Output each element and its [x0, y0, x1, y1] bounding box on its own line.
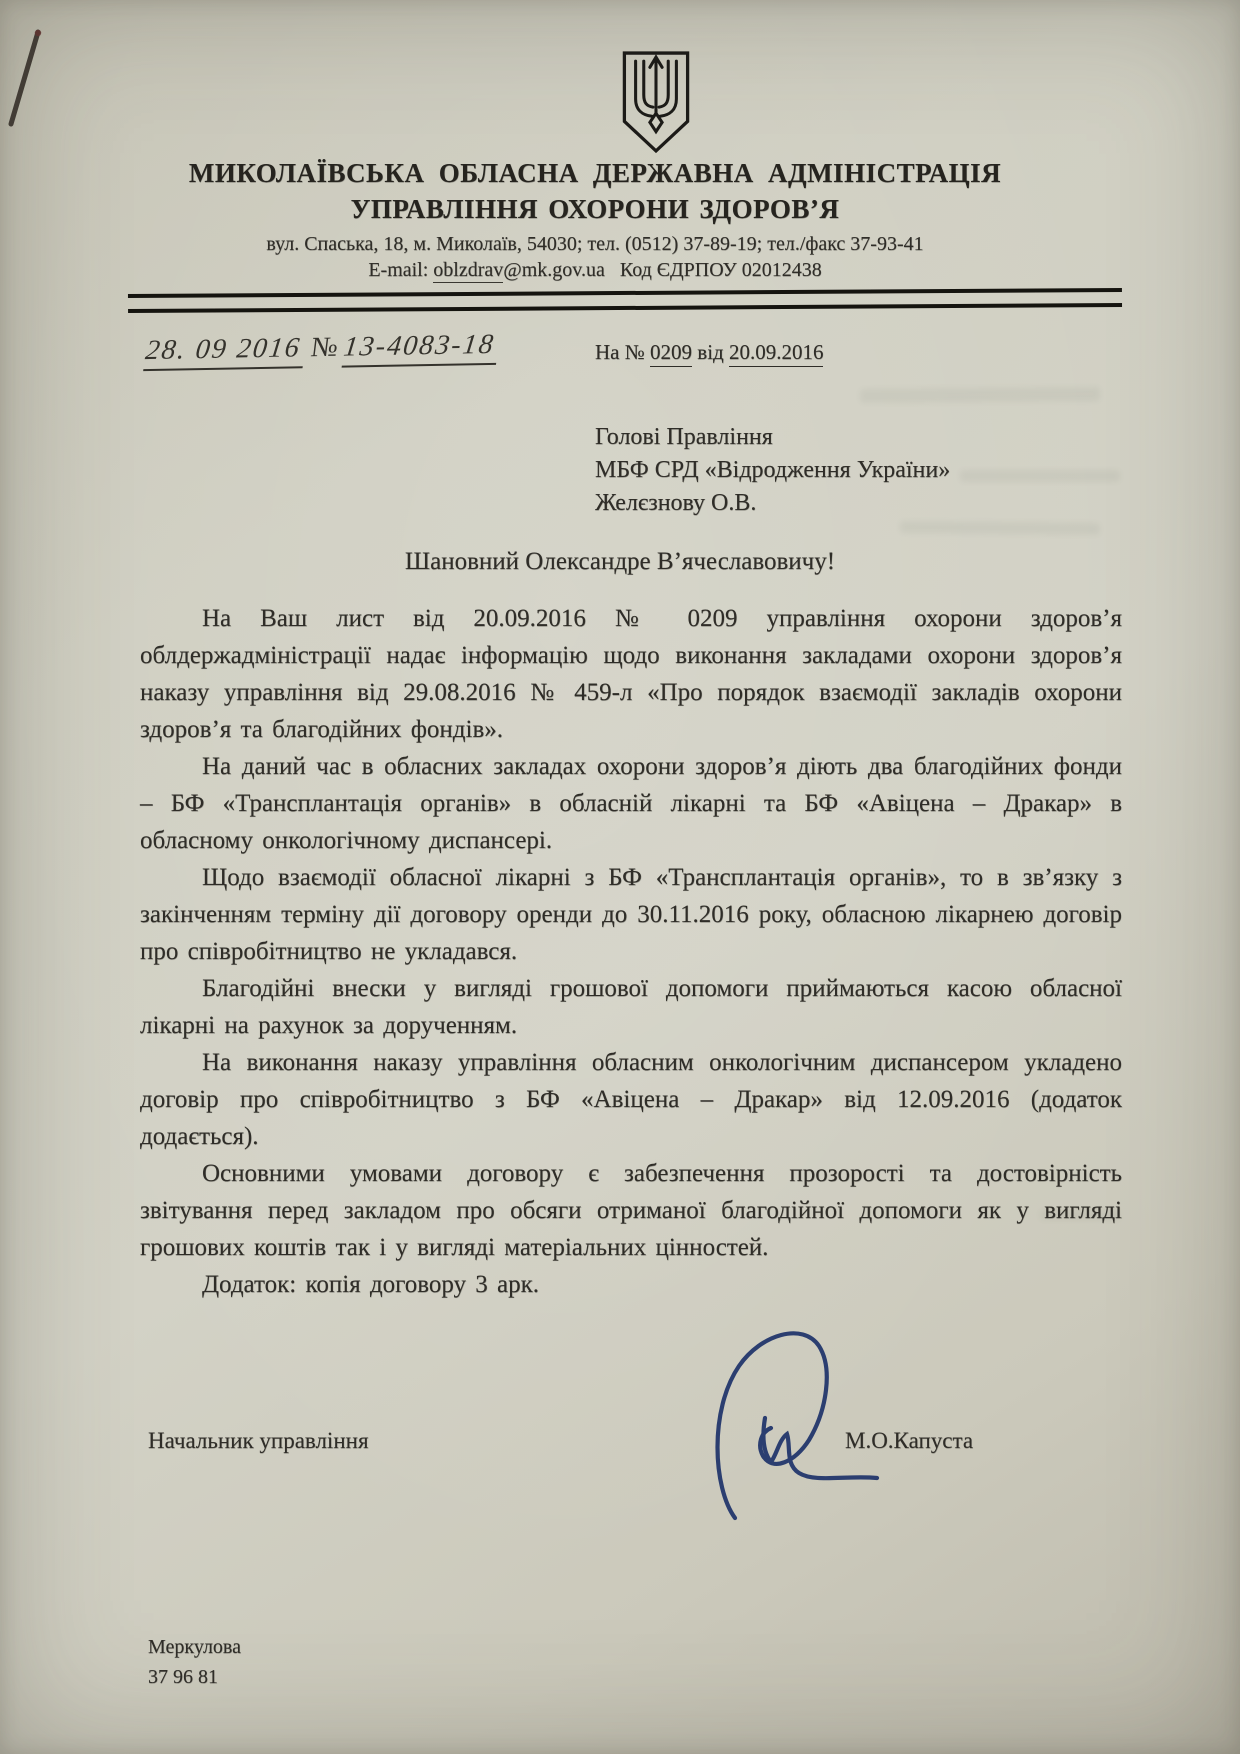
bleed-through-artifact — [860, 387, 1100, 403]
recipient-block: Голові Правління МБФ СРД «Відродження Ук… — [595, 421, 950, 520]
edrpou-value: 02012438 — [742, 259, 822, 281]
pen-mark-icon — [2, 24, 50, 134]
recipient-line: МБФ СРД «Відродження України» — [595, 454, 950, 487]
outgoing-number: 13-4083-18 — [341, 329, 500, 368]
header-divider — [128, 288, 1122, 313]
scanned-letter-page: МИКОЛАЇВСЬКА ОБЛАСНА ДЕРЖАВНА АДМІНІСТРА… — [0, 0, 1240, 1754]
body-paragraph: Благодійні внески у вигляді грошової доп… — [140, 970, 1122, 1044]
numero-sign: № — [303, 332, 346, 364]
incoming-vid: від — [697, 340, 723, 364]
incoming-reference: На № 0209 від 20.09.2016 — [595, 340, 823, 365]
org-name-line1: МИКОЛАЇВСЬКА ОБЛАСНА ДЕРЖАВНА АДМІНІСТРА… — [70, 158, 1120, 189]
org-address-line: вул. Спаська, 18, м. Миколаїв, 54030; те… — [70, 233, 1120, 256]
body-paragraph: Щодо взаємодії обласної лікарні з БФ «Тр… — [140, 859, 1122, 970]
bleed-through-artifact — [1040, 1210, 1120, 1220]
email-label: E-mail: — [368, 259, 428, 281]
attachment-line: Додаток: копія договору 3 арк. — [140, 1266, 1122, 1303]
signoff-position: Начальник управління — [148, 1428, 369, 1454]
executor-name: Меркулова — [148, 1636, 241, 1659]
signoff-name: М.О.Капуста — [845, 1428, 973, 1454]
ukraine-trident-emblem-icon — [620, 50, 692, 154]
outgoing-date: 28. 09 2016 — [143, 332, 307, 371]
body-paragraph: На Ваш лист від 20.09.2016 № 0209 управл… — [140, 600, 1122, 748]
bleed-through-artifact — [960, 470, 1120, 482]
bleed-through-artifact — [900, 521, 1100, 535]
handwritten-signature-icon — [705, 1326, 890, 1521]
email-user: oblzdrav — [433, 259, 503, 283]
incoming-number: 0209 — [650, 340, 692, 367]
org-contact-line: E-mail: oblzdrav@mk.gov.ua Код ЄДРПОУ 02… — [70, 259, 1120, 282]
executor-phone: 37 96 81 — [148, 1666, 218, 1689]
body-paragraph: На даний час в обласних закладах охорони… — [140, 748, 1122, 859]
incoming-label: На № — [595, 340, 645, 364]
edrpou-label: Код ЄДРПОУ — [620, 259, 737, 281]
email-domain: @mk.gov.ua — [503, 259, 605, 281]
org-name-line2: УПРАВЛІННЯ ОХОРОНИ ЗДОРОВ’Я — [70, 194, 1120, 225]
recipient-line: Голові Правління — [595, 421, 950, 454]
recipient-line: Желєзнову О.В. — [595, 487, 950, 520]
incoming-date: 20.09.2016 — [729, 340, 824, 367]
body-paragraph: На виконання наказу управління обласним … — [140, 1044, 1122, 1155]
salutation: Шановний Олександре В’ячеславовичу! — [70, 548, 1170, 576]
letter-body: На Ваш лист від 20.09.2016 № 0209 управл… — [140, 600, 1122, 1303]
outgoing-reference-handwritten: 28. 09 2016№13-4083-18 — [144, 329, 501, 367]
body-paragraph: Основними умовами договору є забезпеченн… — [140, 1155, 1122, 1266]
